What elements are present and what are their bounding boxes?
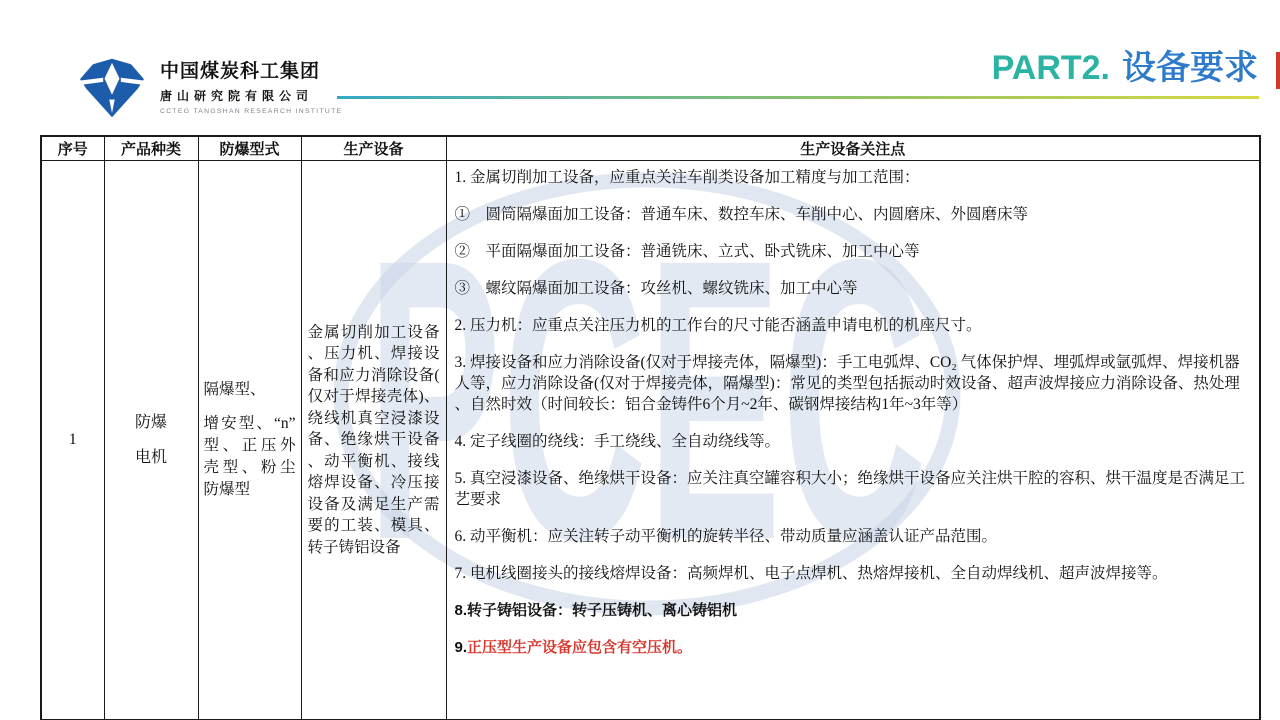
point-item-5: 5. 真空浸漆设备、绝缘烘干设备：应关注真空罐容积大小；绝缘烘干设备应关注烘干腔… xyxy=(455,468,1250,510)
point-item-1a: ① 圆筒隔爆面加工设备：普通车床、数控车床、车削中心、内圆磨床、外圆磨床等 xyxy=(455,204,1250,225)
point-item-6: 6. 动平衡机：应关注转子动平衡机的旋转半径、带动质量应涵盖认证产品范围。 xyxy=(455,526,1250,547)
edge-red-accent xyxy=(1276,52,1280,89)
col-header-points: 生产设备关注点 xyxy=(446,136,1260,161)
slide: PCEC 中国煤炭科工集团 唐山研究院有限公司 CCTEG TANGSHAN R… xyxy=(0,0,1280,720)
company-name-sub: 唐山研究院有限公司 xyxy=(160,87,342,104)
point-item-1: 1. 金属切削加工设备，应重点关注车削类设备加工精度与加工范围： xyxy=(455,167,1250,188)
point-item-8: 8.转子铸铝设备：转子压铸机、离心铸铝机 xyxy=(455,600,1250,621)
point-item-3: 3. 焊接设备和应力消除设备(仅对于焊接壳体，隔爆型)：手工电弧焊、CO₂ 气体… xyxy=(455,352,1250,415)
page-title: PART2.设备要求 xyxy=(992,50,1258,87)
equipment-requirements-table: 序号 产品种类 防爆型式 生产设备 生产设备关注点 1 防爆 电机 隔爆型、 增… xyxy=(40,135,1261,720)
product-line-1: 防爆 xyxy=(106,411,197,435)
point-item-7: 7. 电机线圈接头的接线熔焊设备：高频焊机、电子点焊机、热熔焊接机、全自动焊线机… xyxy=(455,563,1250,584)
page-title-rest: 设备要求 xyxy=(1122,49,1258,87)
cell-product-type: 防爆 电机 xyxy=(104,161,198,720)
point-item-2: 2. 压力机：应重点关注压力机的工作台的尺寸能否涵盖申请电机的机座尺寸。 xyxy=(455,315,1250,336)
point-item-9-text: 正压型生产设备应包含有空压机。 xyxy=(467,639,692,656)
col-header-product: 产品种类 xyxy=(104,136,198,161)
title-divider-line xyxy=(337,96,1259,99)
point-item-4: 4. 定子线圈的绕线：手工绕线、全自动绕线等。 xyxy=(455,431,1250,452)
col-header-equipment: 生产设备 xyxy=(301,136,446,161)
point-item-9: 9.正压型生产设备应包含有空压机。 xyxy=(455,637,1250,658)
company-name-cn: 中国煤炭科工集团 xyxy=(160,61,342,83)
logo-gem-icon xyxy=(78,58,146,118)
type-paragraph-2: 增安型、“n”型、正压外壳型、粉尘防爆型 xyxy=(204,413,296,501)
point-item-1b: ② 平面隔爆面加工设备：普通铣床、立式、卧式铣床、加工中心等 xyxy=(455,241,1250,262)
table-row: 1 防爆 电机 隔爆型、 增安型、“n”型、正压外壳型、粉尘防爆型 金属切削加工… xyxy=(41,161,1260,720)
logo-text: 中国煤炭科工集团 唐山研究院有限公司 CCTEG TANGSHAN RESEAR… xyxy=(160,61,342,115)
point-item-1c: ③ 螺纹隔爆面加工设备：攻丝机、螺纹铣床、加工中心等 xyxy=(455,278,1250,299)
company-name-en: CCTEG TANGSHAN RESEARCH INSTITUTE xyxy=(160,108,342,115)
col-header-type: 防爆型式 xyxy=(198,136,301,161)
cell-production-equipment: 金属切削加工设备、压力机、焊接设备和应力消除设备(仅对于焊接壳体)、绕线机真空浸… xyxy=(301,161,446,720)
cell-no: 1 xyxy=(41,161,104,720)
cell-equipment-points: 1. 金属切削加工设备，应重点关注车削类设备加工精度与加工范围： ① 圆筒隔爆面… xyxy=(446,161,1260,720)
product-line-2: 电机 xyxy=(106,446,197,470)
cell-explosion-proof-type: 隔爆型、 增安型、“n”型、正压外壳型、粉尘防爆型 xyxy=(198,161,301,720)
table-header-row: 序号 产品种类 防爆型式 生产设备 生产设备关注点 xyxy=(41,136,1260,161)
point-item-9-number: 9. xyxy=(455,639,468,656)
page-title-part: PART2. xyxy=(992,49,1110,87)
col-header-no: 序号 xyxy=(41,136,104,161)
company-logo: 中国煤炭科工集团 唐山研究院有限公司 CCTEG TANGSHAN RESEAR… xyxy=(78,58,342,118)
type-paragraph-1: 隔爆型、 xyxy=(204,379,296,401)
